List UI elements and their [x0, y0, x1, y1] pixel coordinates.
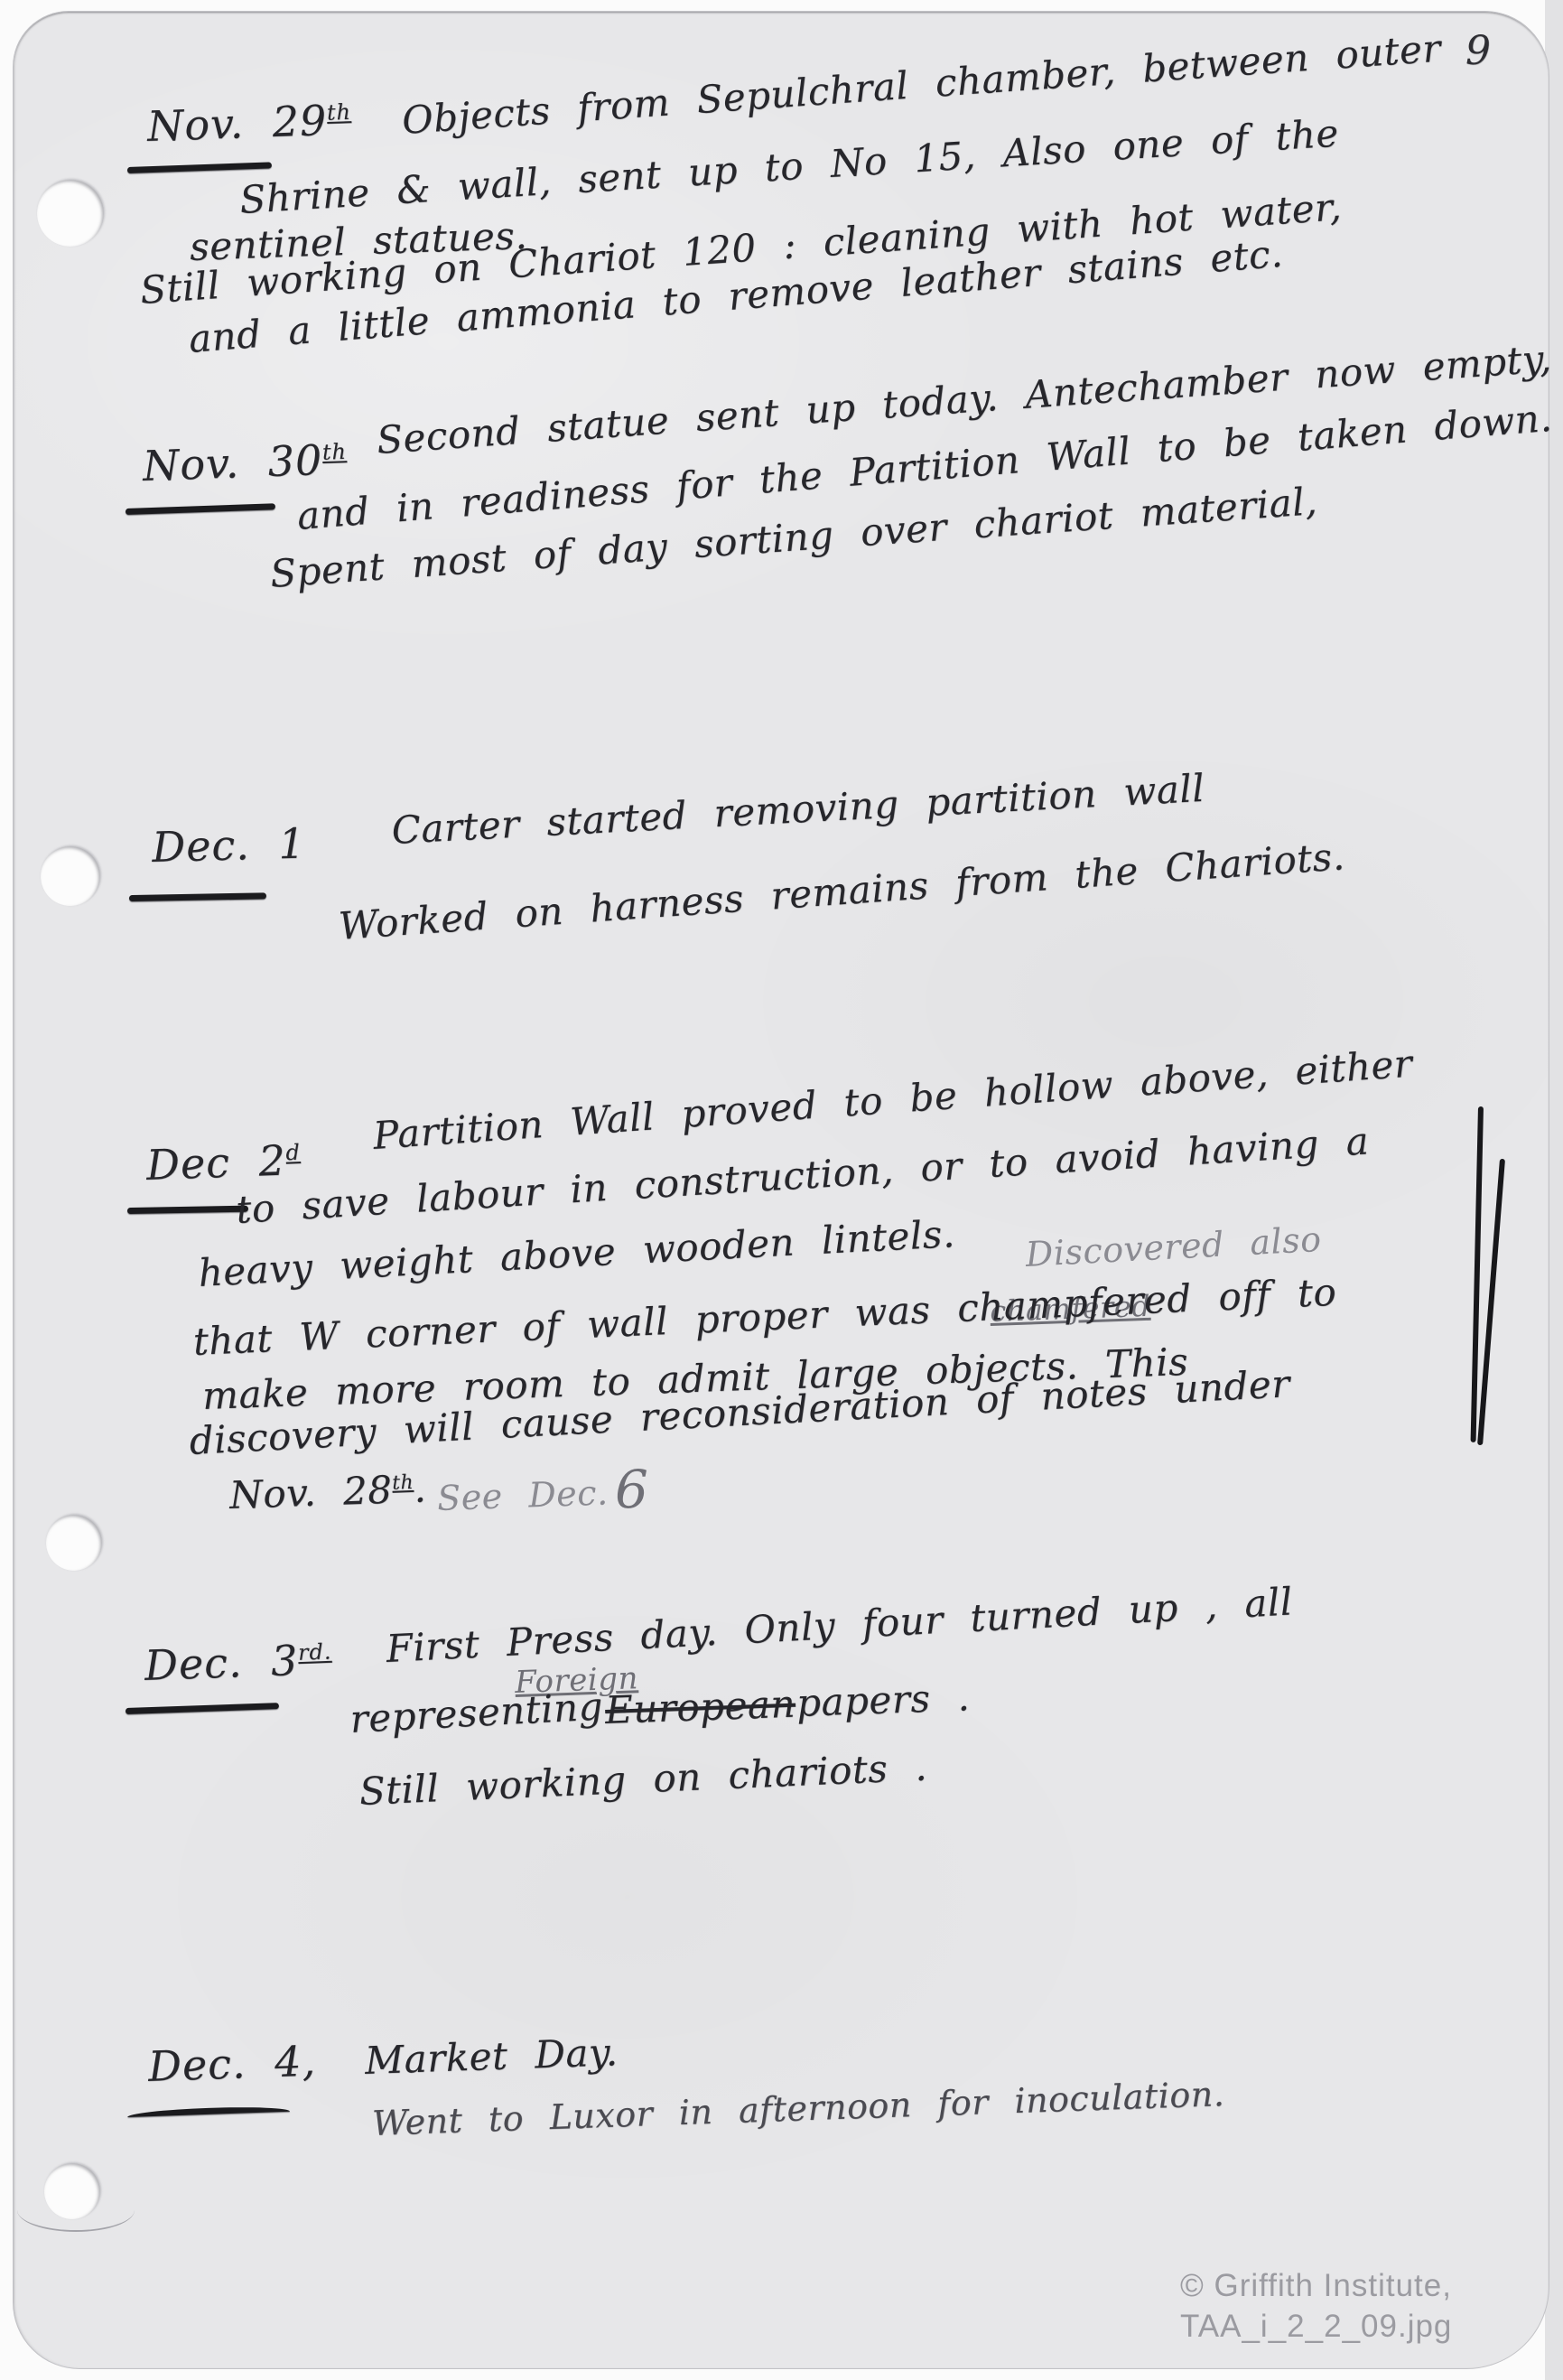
entry-line: Market Day. — [364, 2030, 619, 2083]
entry-date: Dec. 3rd. — [144, 1635, 332, 1690]
filename-line: TAA_i_2_2_09.jpg — [1180, 2307, 1452, 2347]
date-underline — [127, 162, 272, 173]
tear-mark — [17, 2189, 135, 2232]
entry-line: representing — [349, 1684, 604, 1741]
punch-hole — [37, 180, 104, 247]
entry-line: Still working on chariots . — [358, 1745, 928, 1814]
entry-line: First Press day. Only four turned up , a… — [385, 1579, 1293, 1671]
entry-line-text: . — [413, 1466, 427, 1510]
entry-line: Nov. 28th. — [228, 1466, 427, 1517]
see-note: See Dec. — [436, 1472, 609, 1518]
date-underline — [127, 1206, 248, 1214]
margin-emphasis-mark — [1477, 1159, 1505, 1445]
pencil-note: Discovered also — [1025, 1219, 1323, 1274]
entry-date: Dec. 1 — [152, 819, 307, 872]
entry-date-sup: th — [326, 99, 351, 126]
entry-date-text: Dec 2 — [145, 1136, 287, 1190]
entry-date-text: Nov. 30 — [142, 435, 323, 490]
page-number: 9 — [1465, 28, 1492, 74]
struck-word: European — [604, 1682, 795, 1732]
entry-date-sup: d — [285, 1140, 301, 1166]
entry-date-text: Nov. 29 — [146, 96, 328, 151]
entry-date-sup: th — [321, 439, 347, 465]
date-underline — [127, 2105, 290, 2117]
diary-page: 9 Nov. 29th Objects from Sepulchral cham… — [13, 11, 1549, 2369]
date-underline — [129, 892, 266, 901]
punch-hole — [41, 846, 100, 906]
copyright-line: © Griffith Institute, — [1180, 2266, 1452, 2307]
see-note-number: 6 — [615, 1459, 648, 1520]
punch-hole — [46, 1515, 102, 1571]
entry-line: Carter started removing partition wall — [390, 766, 1205, 853]
entry-line: Went to Luxor in afternoon for inoculati… — [371, 2074, 1224, 2143]
entry-date: Dec 2d — [145, 1135, 302, 1190]
entry-date: Nov. 30th — [142, 434, 348, 490]
entry-date-sup: rd. — [298, 1638, 332, 1665]
date-underline — [126, 503, 275, 515]
entry-date-text: Dec. 3 — [144, 1636, 299, 1690]
entry-date: Dec. 4, — [147, 2037, 317, 2091]
entry-line: Worked on harness remains from the Chari… — [338, 834, 1346, 948]
entry-line: papers . — [795, 1675, 971, 1725]
entry-line-sup: th — [392, 1471, 414, 1495]
copyright-watermark: © Griffith Institute, TAA_i_2_2_09.jpg — [1180, 2266, 1452, 2347]
entry-line-text: Nov. 28 — [228, 1468, 393, 1517]
entry-date: Nov. 29th — [146, 95, 352, 151]
date-underline — [126, 1703, 279, 1714]
